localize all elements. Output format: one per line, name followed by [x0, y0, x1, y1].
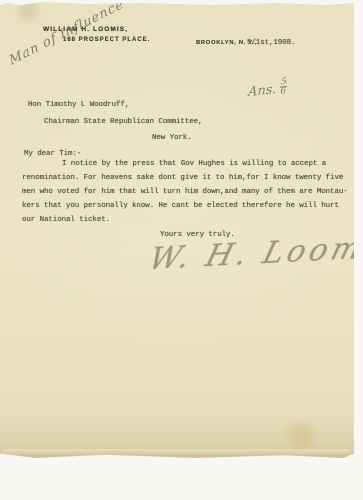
body-line: kers that you personally know. He cant b… — [22, 200, 339, 214]
paper-bottom-edge — [2, 449, 352, 455]
answered-label: Ans. — [248, 82, 277, 100]
handwritten-answered-note: Ans. 5 6 — [248, 80, 288, 101]
letter-paper: WILLIAM H. LOOMIS, 168 PROSPECT PLACE. M… — [0, 2, 354, 458]
body-line: renomination. For heavens sake dont give… — [22, 172, 343, 186]
letterhead-address: 168 PROSPECT PLACE. — [63, 37, 150, 43]
answered-day: 6 — [280, 87, 286, 96]
dateline-date: 5/1st,1908. — [247, 37, 295, 51]
answered-date-fraction: 5 6 — [279, 78, 288, 96]
body-line: our National ticket. — [22, 214, 110, 228]
recipient-name: Hon Timothy L Woodruff, — [28, 99, 129, 113]
recipient-title: Chairman State Republican Committee, — [44, 116, 202, 130]
scanned-letter-page: { "letterhead": { "name": "WILLIAM H. LO… — [0, 0, 363, 500]
recipient-city: New York. — [152, 132, 192, 146]
body-line: I notice by the press that Gov Hughes is… — [62, 158, 326, 172]
body-line: men who voted for him that will turn him… — [22, 186, 348, 200]
handwritten-pencil-note: Man of influence — [8, 0, 129, 69]
